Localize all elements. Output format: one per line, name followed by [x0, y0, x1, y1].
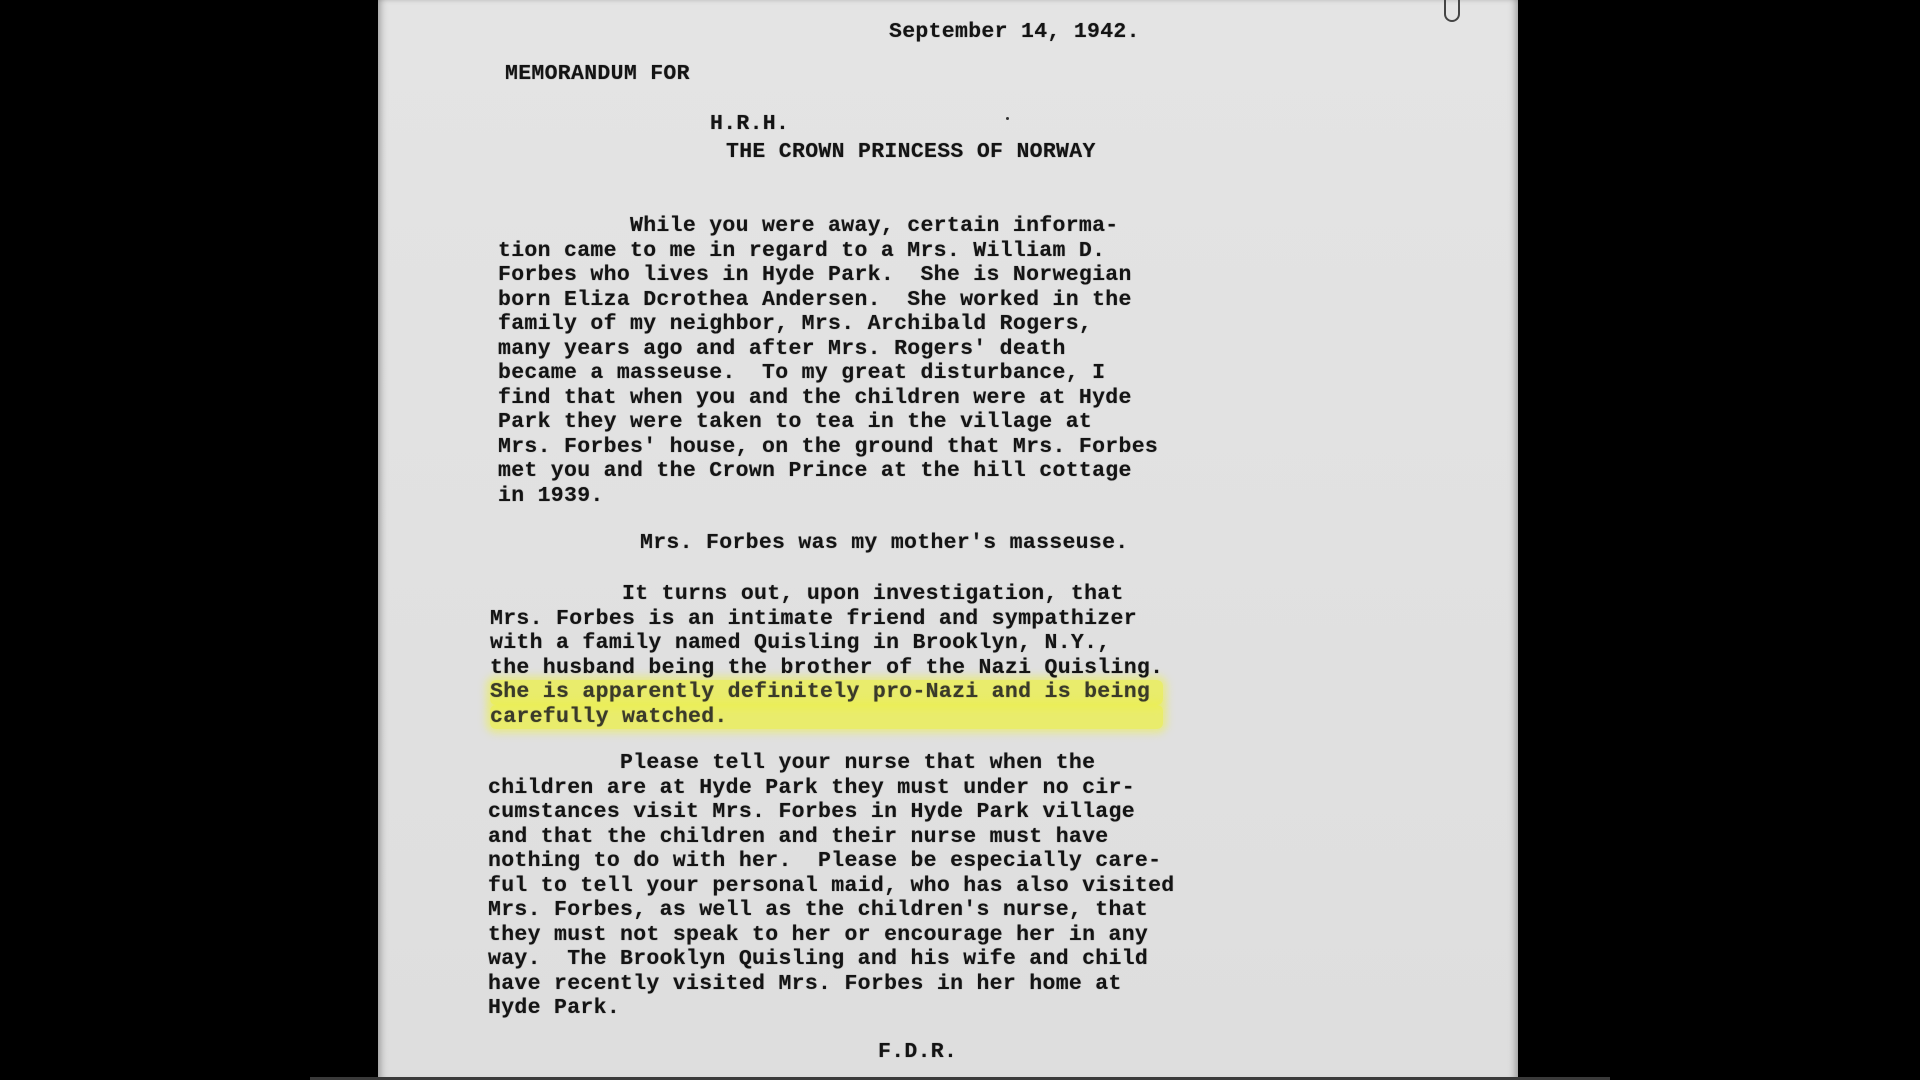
text-line: cumstances visit Mrs. Forbes in Hyde Par… [488, 800, 1175, 825]
text-line: While you were away, certain informa- [498, 214, 1158, 239]
text-line: nothing to do with her. Please be especi… [488, 849, 1175, 874]
memo-heading: MEMORANDUM FOR [505, 62, 690, 87]
paragraph-1: While you were away, certain informa-tio… [498, 214, 1158, 508]
text-line: Mrs. Forbes' house, on the ground that M… [498, 435, 1158, 460]
highlighted-line: She is apparently definitely pro-Nazi an… [490, 680, 1163, 705]
text-line: way. The Brooklyn Quisling and his wife … [488, 947, 1175, 972]
paragraph-4: Please tell your nurse that when thechil… [488, 751, 1175, 1021]
text-line: Park they were taken to tea in the villa… [498, 410, 1158, 435]
memo-date: September 14, 1942. [889, 20, 1140, 45]
text-line: Mrs. Forbes, as well as the children's n… [488, 898, 1175, 923]
text-line: Please tell your nurse that when the [488, 751, 1175, 776]
text-line: family of my neighbor, Mrs. Archibald Ro… [498, 312, 1158, 337]
text-line: met you and the Crown Prince at the hill… [498, 459, 1158, 484]
highlighted-line: carefully watched. [490, 705, 1163, 730]
text-line: became a masseuse. To my great disturban… [498, 361, 1158, 386]
paragraph-2: Mrs. Forbes was my mother's masseuse. [640, 531, 1128, 556]
addressee-title: H.R.H. [710, 112, 789, 137]
text-line: born Eliza Dcrothea Andersen. She worked… [498, 288, 1158, 313]
addressee-name: THE CROWN PRINCESS OF NORWAY [726, 140, 1096, 165]
text-line: and that the children and their nurse mu… [488, 825, 1175, 850]
text-line: many years ago and after Mrs. Rogers' de… [498, 337, 1158, 362]
text-line: Mrs. Forbes is an intimate friend and sy… [490, 607, 1163, 632]
text-line: tion came to me in regard to a Mrs. Will… [498, 239, 1158, 264]
text-line: children are at Hyde Park they must unde… [488, 776, 1175, 801]
text-line: with a family named Quisling in Brooklyn… [490, 631, 1163, 656]
text-line: ful to tell your personal maid, who has … [488, 874, 1175, 899]
text-line: Forbes who lives in Hyde Park. She is No… [498, 263, 1158, 288]
text-line: in 1939. [498, 484, 1158, 509]
text-line: the husband being the brother of the Naz… [490, 656, 1163, 681]
text-line: It turns out, upon investigation, that [490, 582, 1163, 607]
handwritten-mark [1444, 0, 1460, 22]
ink-dot [1006, 117, 1009, 120]
text-line: have recently visited Mrs. Forbes in her… [488, 972, 1175, 997]
signature: F.D.R. [878, 1040, 957, 1065]
text-line: they must not speak to her or encourage … [488, 923, 1175, 948]
text-line: Hyde Park. [488, 996, 1175, 1021]
paragraph-3: It turns out, upon investigation, thatMr… [490, 582, 1163, 729]
text-line: find that when you and the children were… [498, 386, 1158, 411]
